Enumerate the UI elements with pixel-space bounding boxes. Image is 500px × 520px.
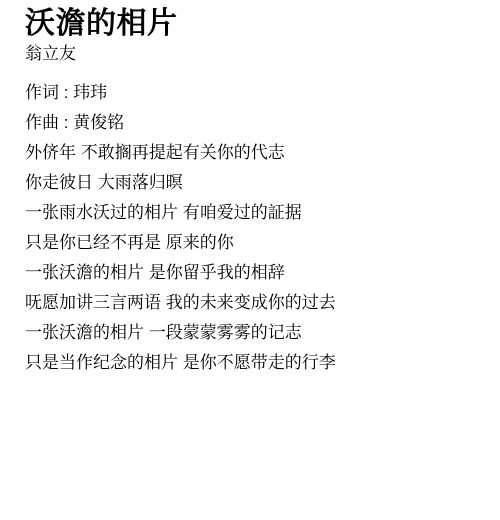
composer-credit: 作曲 : 黄俊铭 <box>25 108 490 138</box>
lyrics-page: 沃澹的相片 翁立友 作词 : 玮玮 作曲 : 黄俊铭 外侪年 不敢搁再提起有关你… <box>0 0 500 520</box>
artist-name: 翁立友 <box>25 42 490 66</box>
lyric-line: 只是当作纪念的相片 是你不愿带走的行李 <box>25 348 490 378</box>
lyric-line: 你走彼日 大雨落归暝 <box>25 168 490 198</box>
lyric-line: 只是你已经不再是 原来的你 <box>25 228 490 258</box>
lyric-line: 一张雨水沃过的相片 有咱爱过的証据 <box>25 198 490 228</box>
lyric-line: 外侪年 不敢搁再提起有关你的代志 <box>25 138 490 168</box>
lyric-line: 一张沃澹的相片 是你留乎我的相辞 <box>25 258 490 288</box>
lyricist-credit: 作词 : 玮玮 <box>25 78 490 108</box>
lyric-line: 呒愿加讲三言两语 我的未来变成你的过去 <box>25 288 490 318</box>
lyric-line: 一张沃澹的相片 一段蒙蒙雾雾的记志 <box>25 318 490 348</box>
song-title: 沃澹的相片 <box>25 6 490 42</box>
lyrics-block: 外侪年 不敢搁再提起有关你的代志 你走彼日 大雨落归暝 一张雨水沃过的相片 有咱… <box>25 138 490 378</box>
credits-block: 作词 : 玮玮 作曲 : 黄俊铭 <box>25 78 490 138</box>
